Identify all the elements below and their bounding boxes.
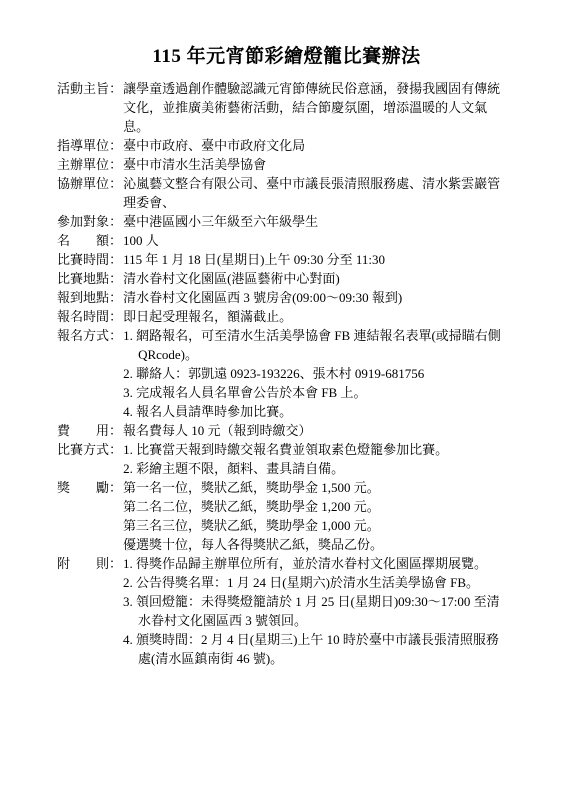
field-line: 沁嵐藝文整合有限公司、臺中市議長張清照服務處、清水紫雲巖管 [123, 174, 516, 193]
field-row-contest-time: 比賽時間：115 年 1 月 18 日(星期日)上午 09:30 分至 11:3… [57, 250, 516, 269]
field-line: 臺中港區國小三年級至六年級學生 [123, 212, 516, 231]
field-colon: ： [109, 136, 123, 155]
field-line: 4. 頒獎時間：2 月 4 日(星期三)上午 10 時於臺中市議長張清照服務 [123, 630, 516, 649]
field-row-purpose: 活動主旨：讓學童透過創作體驗認識元宵節傳統民俗意涵，發揚我國固有傳統文化，並推廣… [57, 79, 516, 136]
field-line: 即日起受理報名，額滿截止。 [123, 307, 516, 326]
field-line: 處(清水區鎮南街 46 號)。 [123, 649, 516, 668]
field-colon: ： [109, 269, 123, 288]
field-colon: ： [109, 440, 123, 459]
field-row-participants: 參加對象：臺中港區國小三年級至六年級學生 [57, 212, 516, 231]
field-line: 理委會、 [123, 193, 516, 212]
field-row-organizer: 主辦單位：臺中市清水生活美學協會 [57, 155, 516, 174]
field-colon: ： [109, 79, 123, 98]
field-line: 3. 完成報名人員名單會公告於本會 FB 上。 [123, 383, 516, 402]
field-colon: ： [109, 174, 123, 193]
field-line: 讓學童透過創作體驗認識元宵節傳統民俗意涵，發揚我國固有傳統 [123, 79, 516, 98]
field-content: 清水眷村文化園區西 3 號房舍(09:00～09:30 報到) [123, 288, 516, 307]
field-colon: ： [109, 307, 123, 326]
field-content: 臺中港區國小三年級至六年級學生 [123, 212, 516, 231]
field-line: QRcode)。 [123, 345, 516, 364]
field-content: 臺中市政府、臺中市政府文化局 [123, 136, 516, 155]
field-line: 4. 報名人員請準時參加比賽。 [123, 402, 516, 421]
field-row-addendum: 附則：1. 得獎作品歸主辦單位所有，並於清水眷村文化園區擇期展覽。2. 公告得獎… [57, 554, 516, 668]
field-row-quota: 名額：100 人 [57, 231, 516, 250]
field-label: 名額 [57, 231, 109, 250]
field-line: 臺中市政府、臺中市政府文化局 [123, 136, 516, 155]
field-label: 費用 [57, 421, 109, 440]
field-colon: ： [109, 231, 123, 250]
field-content: 100 人 [123, 231, 516, 250]
field-line: 清水眷村文化園區西 3 號房舍(09:00～09:30 報到) [123, 288, 516, 307]
field-content: 即日起受理報名，額滿截止。 [123, 307, 516, 326]
field-label: 主辦單位 [57, 155, 109, 174]
field-label: 報名方式 [57, 326, 109, 345]
field-colon: ： [109, 326, 123, 345]
field-label: 指導單位 [57, 136, 109, 155]
document-title: 115 年元宵節彩繪燈籠比賽辦法 [57, 44, 516, 70]
field-label: 報到地點 [57, 288, 109, 307]
field-row-contest-venue: 比賽地點：清水眷村文化園區(港區藝術中心對面) [57, 269, 516, 288]
field-content: 1. 網路報名，可至清水生活美學協會 FB 連結報名表單(或掃瞄右側QRcode… [123, 326, 516, 421]
field-content: 報名費每人 10 元（報到時繳交） [123, 421, 516, 440]
field-line: 1. 得獎作品歸主辦單位所有，並於清水眷村文化園區擇期展覽。 [123, 554, 516, 573]
field-row-co-organizer: 協辦單位：沁嵐藝文整合有限公司、臺中市議長張清照服務處、清水紫雲巖管理委會、 [57, 174, 516, 212]
field-content: 讓學童透過創作體驗認識元宵節傳統民俗意涵，發揚我國固有傳統文化，並推廣美術藝術活… [123, 79, 516, 136]
field-colon: ： [109, 250, 123, 269]
field-label: 比賽時間 [57, 250, 109, 269]
field-label: 活動主旨 [57, 79, 109, 98]
field-label: 比賽方式 [57, 440, 109, 459]
field-line: 報名費每人 10 元（報到時繳交） [123, 421, 516, 440]
field-content: 115 年 1 月 18 日(星期日)上午 09:30 分至 11:30 [123, 250, 516, 269]
field-row-registration-time: 報名時間：即日起受理報名，額滿截止。 [57, 307, 516, 326]
field-line: 3. 領回燈籠：未得獎燈籠請於 1 月 25 日(星期日)09:30～17:00… [123, 592, 516, 611]
field-row-contest-format: 比賽方式：1. 比賽當天報到時繳交報名費並領取素色燈籠參加比賽。2. 彩繪主題不… [57, 440, 516, 478]
field-colon: ： [109, 478, 123, 497]
field-line: 100 人 [123, 231, 516, 250]
field-label: 比賽地點 [57, 269, 109, 288]
field-line: 2. 公告得獎名單：1 月 24 日(星期六)於清水生活美學協會 FB。 [123, 573, 516, 592]
field-line: 第二名二位，獎狀乙紙，獎助學金 1,200 元。 [123, 497, 516, 516]
field-row-advisor: 指導單位：臺中市政府、臺中市政府文化局 [57, 136, 516, 155]
field-row-awards: 獎勵：第一名一位，獎狀乙紙，獎助學金 1,500 元。第二名二位，獎狀乙紙，獎助… [57, 478, 516, 554]
fields: 活動主旨：讓學童透過創作體驗認識元宵節傳統民俗意涵，發揚我國固有傳統文化，並推廣… [57, 79, 516, 668]
field-line: 2. 聯絡人：郭凱遠 0923-193226、張木村 0919-681756 [123, 364, 516, 383]
field-line: 臺中市清水生活美學協會 [123, 155, 516, 174]
field-content: 清水眷村文化園區(港區藝術中心對面) [123, 269, 516, 288]
field-label: 報名時間 [57, 307, 109, 326]
field-colon: ： [109, 288, 123, 307]
field-content: 沁嵐藝文整合有限公司、臺中市議長張清照服務處、清水紫雲巖管理委會、 [123, 174, 516, 212]
field-row-fee: 費用：報名費每人 10 元（報到時繳交） [57, 421, 516, 440]
field-line: 1. 比賽當天報到時繳交報名費並領取素色燈籠參加比賽。 [123, 440, 516, 459]
field-content: 1. 得獎作品歸主辦單位所有，並於清水眷村文化園區擇期展覽。2. 公告得獎名單：… [123, 554, 516, 668]
field-line: 息。 [123, 117, 516, 136]
field-line: 優選獎十位，每人各得獎狀乙紙，獎品乙份。 [123, 535, 516, 554]
field-content: 1. 比賽當天報到時繳交報名費並領取素色燈籠參加比賽。2. 彩繪主題不限，顏料、… [123, 440, 516, 478]
field-colon: ： [109, 554, 123, 573]
field-label: 協辦單位 [57, 174, 109, 193]
field-colon: ： [109, 155, 123, 174]
field-line: 文化，並推廣美術藝術活動，結合節慶氛圍，增添溫暖的人文氣 [123, 98, 516, 117]
field-colon: ： [109, 421, 123, 440]
field-line: 清水眷村文化園區(港區藝術中心對面) [123, 269, 516, 288]
field-label: 附則 [57, 554, 109, 573]
document-page: 115 年元宵節彩繪燈籠比賽辦法 活動主旨：讓學童透過創作體驗認識元宵節傳統民俗… [0, 0, 566, 800]
field-line: 1. 網路報名，可至清水生活美學協會 FB 連結報名表單(或掃瞄右側 [123, 326, 516, 345]
field-label: 參加對象 [57, 212, 109, 231]
field-line: 水眷村文化園區西 3 號領回。 [123, 611, 516, 630]
field-row-registration-method: 報名方式：1. 網路報名，可至清水生活美學協會 FB 連結報名表單(或掃瞄右側Q… [57, 326, 516, 421]
field-content: 第一名一位，獎狀乙紙，獎助學金 1,500 元。第二名二位，獎狀乙紙，獎助學金 … [123, 478, 516, 554]
field-line: 115 年 1 月 18 日(星期日)上午 09:30 分至 11:30 [123, 250, 516, 269]
field-line: 第三名三位，獎狀乙紙，獎助學金 1,000 元。 [123, 516, 516, 535]
field-line: 2. 彩繪主題不限，顏料、畫具請自備。 [123, 459, 516, 478]
field-label: 獎勵 [57, 478, 109, 497]
field-row-checkin-venue: 報到地點：清水眷村文化園區西 3 號房舍(09:00～09:30 報到) [57, 288, 516, 307]
field-colon: ： [109, 212, 123, 231]
field-content: 臺中市清水生活美學協會 [123, 155, 516, 174]
field-line: 第一名一位，獎狀乙紙，獎助學金 1,500 元。 [123, 478, 516, 497]
